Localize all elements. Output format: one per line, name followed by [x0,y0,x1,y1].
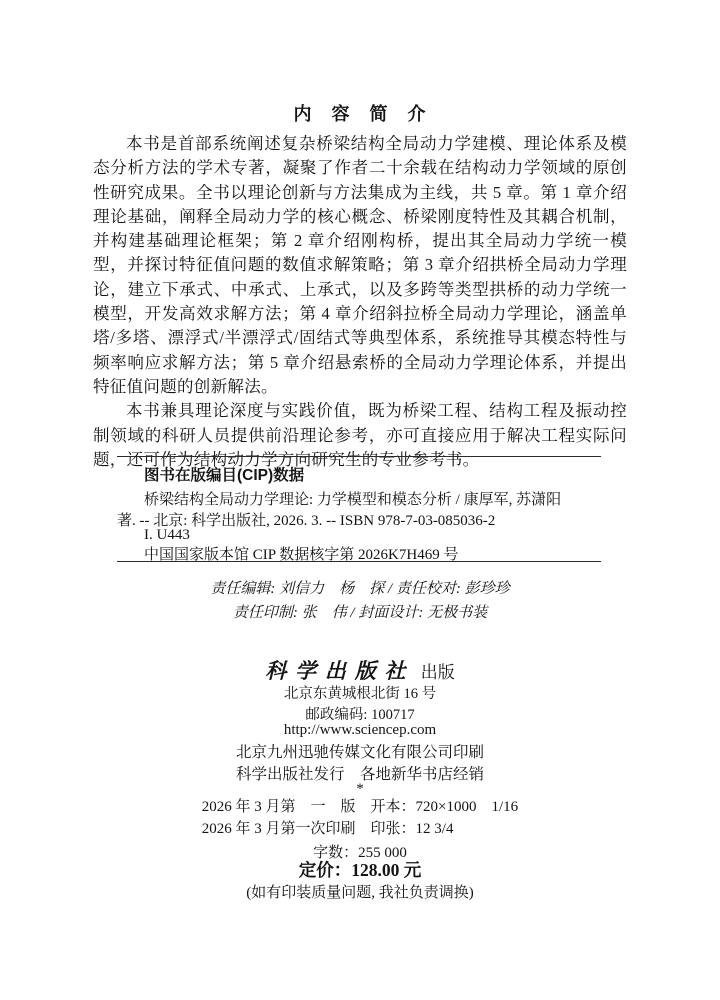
cip-classification-line: I. U443 [117,527,644,544]
summary-paragraph: 本书是首部系统阐述复杂桥梁结构全局动力学建模、理论体系及模态分析方法的学术专著，… [93,132,627,399]
editor-credit-line: 责任编辑: 刘信力 杨 探 / 责任校对: 彭珍珍 [0,577,720,598]
publisher-postcode: 邮政编码: 100717 [0,703,720,724]
print-design-credit-line: 责任印制: 张 伟 / 封面设计: 无极书装 [0,601,720,622]
first-edition-line: 2026 年 3 月第 一 版 开本：720×1000 1/16 [202,797,518,819]
publisher-imprint-line: 科学出版社 出版 [0,655,720,685]
publisher-logo: 科学出版社 [265,659,414,683]
content-summary-title: 内 容 简 介 [0,100,720,126]
edition-block: 2026 年 3 月第 一 版 开本：720×1000 1/16 2026 年 … [0,797,720,840]
cip-bottom-rule [117,561,601,562]
copyright-page: 内 容 简 介 本书是首部系统阐述复杂桥梁结构全局动力学建模、理论体系及模态分析… [0,0,720,1000]
publisher-address: 北京东黄城根北街 16 号 [0,682,720,703]
edition-lines: 2026 年 3 月第 一 版 开本：720×1000 1/16 2026 年 … [202,797,518,840]
summary-paragraph: 本书兼具理论深度与实践价值，既为桥梁工程、结构工程及振动控制领域的科研人员提供前… [93,399,627,472]
publisher-logo-suffix: 出版 [421,663,455,682]
star-separator: * [0,781,720,798]
cip-heading: 图书在版编目(CIP)数据 [144,463,304,485]
price-line: 定价：128.00 元 [0,857,720,882]
cip-title-line: 桥梁结构全局动力学理论: 力学模型和模态分析 / 康厚军, 苏潇阳 [117,488,644,509]
content-summary-body: 本书是首部系统阐述复杂桥梁结构全局动力学建模、理论体系及模态分析方法的学术专著，… [93,132,627,472]
first-printing-line: 2026 年 3 月第一次印刷 印张：12 3/4 [202,819,518,841]
cip-top-rule [117,456,601,457]
publisher-website: http://www.sciencep.com [0,722,720,739]
printer-line: 北京九州迅驰传媒文化有限公司印刷 [0,740,720,762]
quality-guarantee-note: (如有印装质量问题, 我社负责调换) [0,881,720,902]
